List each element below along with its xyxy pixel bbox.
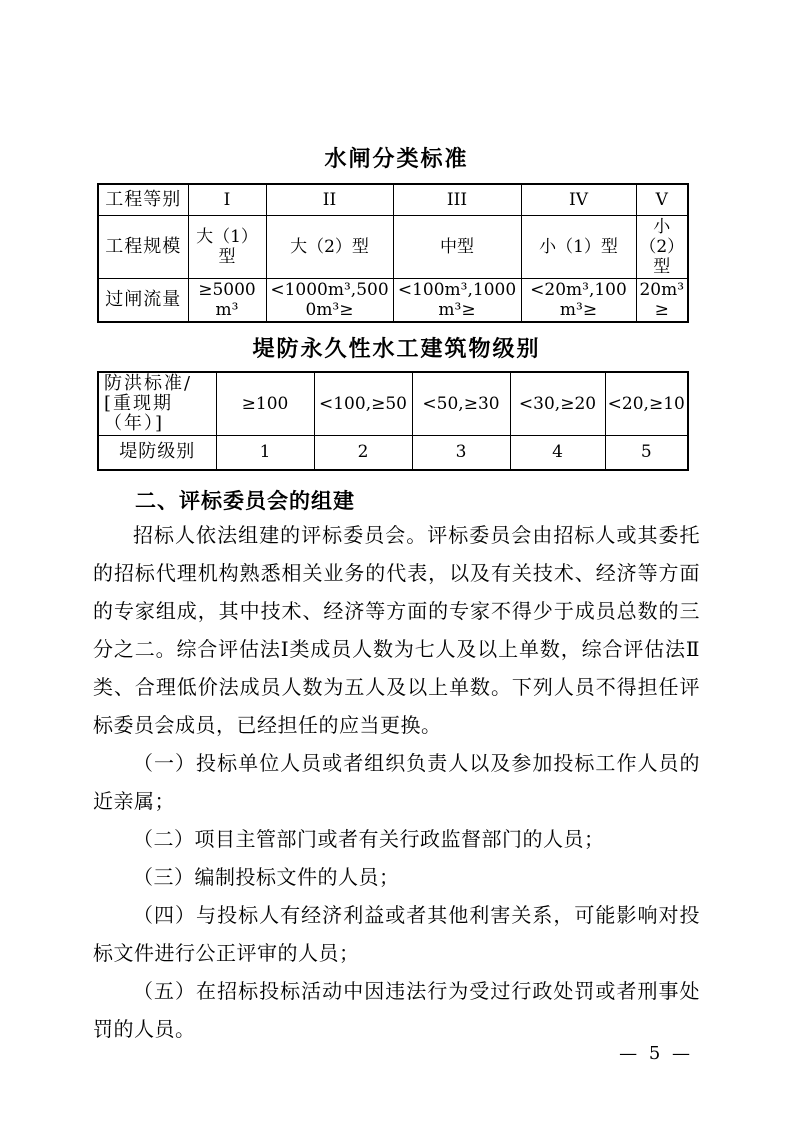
- table-cell: 大（2）型: [266, 215, 393, 278]
- row-label-cell: 工程规模: [98, 215, 188, 278]
- table-row: 工程规模大（1）型大（2）型中型小（1）型小（2）型: [98, 215, 688, 278]
- section-heading: 二、评标委员会的组建: [93, 486, 700, 516]
- table-cell: <100m³,1000m³≥: [393, 278, 521, 322]
- table-cell: ≥5000m³: [188, 278, 266, 322]
- table-cell: III: [393, 184, 521, 215]
- table-cell: <30,≥20: [510, 372, 605, 436]
- document-page: 水闸分类标准 工程等别IIIIIIIVV工程规模大（1）型大（2）型中型小（1）…: [0, 0, 793, 1122]
- table-cell: IV: [521, 184, 636, 215]
- row-label-cell: 工程等别: [98, 184, 188, 215]
- table-cell: 大（1）型: [188, 215, 266, 278]
- table-cell: <1000m³,5000m³≥: [266, 278, 393, 322]
- body-text: 招标人依法组建的评标委员会。评标委员会由招标人或其委托的招标代理机构熟悉相关业务…: [93, 516, 700, 1048]
- table-cell: <20,≥10: [605, 372, 688, 436]
- table-cell: <20m³,100m³≥: [521, 278, 636, 322]
- row-label-cell: 防洪标准/[重现期（年）]: [98, 372, 216, 436]
- list-item-5: （五）在招标投标活动中因违法行为受过行政处罚或者刑事处罚的人员。: [93, 972, 700, 1048]
- table-row: 过闸流量≥5000m³<1000m³,5000m³≥<100m³,1000m³≥…: [98, 278, 688, 322]
- list-item-4: （四）与投标人有经济利益或者其他利害关系，可能影响对投标文件进行公正评审的人员；: [93, 896, 700, 972]
- row-label-cell: 堤防级别: [98, 435, 216, 470]
- table-cell: 5: [605, 435, 688, 470]
- list-item-3: （三）编制投标文件的人员；: [93, 858, 700, 896]
- list-item-1: （一）投标单位人员或者组织负责人以及参加投标工作人员的近亲属；: [93, 744, 700, 820]
- sluice-table-title: 水闸分类标准: [93, 146, 700, 174]
- paragraph-intro: 招标人依法组建的评标委员会。评标委员会由招标人或其委托的招标代理机构熟悉相关业务…: [93, 516, 700, 744]
- table-cell: 中型: [393, 215, 521, 278]
- table-cell: II: [266, 184, 393, 215]
- levee-table-title: 堤防永久性水工建筑物级别: [93, 336, 700, 364]
- table-cell: <50,≥30: [412, 372, 510, 436]
- levee-grade-table: 防洪标准/[重现期（年）]≥100<100,≥50<50,≥30<30,≥20<…: [97, 371, 689, 472]
- list-item-2: （二）项目主管部门或者有关行政监督部门的人员；: [93, 820, 700, 858]
- table-cell: <100,≥50: [314, 372, 412, 436]
- table-row: 工程等别IIIIIIIVV: [98, 184, 688, 215]
- table-cell: 小（1）型: [521, 215, 636, 278]
- row-label-cell: 过闸流量: [98, 278, 188, 322]
- page-content: 水闸分类标准 工程等别IIIIIIIVV工程规模大（1）型大（2）型中型小（1）…: [93, 0, 700, 1048]
- table-cell: V: [636, 184, 688, 215]
- table-cell: 20m³≥: [636, 278, 688, 322]
- table-cell: 3: [412, 435, 510, 470]
- table-cell: 小（2）型: [636, 215, 688, 278]
- table-cell: 4: [510, 435, 605, 470]
- table-cell: ≥100: [216, 372, 314, 436]
- table-cell: 1: [216, 435, 314, 470]
- table-row: 防洪标准/[重现期（年）]≥100<100,≥50<50,≥30<30,≥20<…: [98, 372, 688, 436]
- table-row: 堤防级别12345: [98, 435, 688, 470]
- page-number: — 5 —: [619, 1043, 693, 1064]
- sluice-classification-table: 工程等别IIIIIIIVV工程规模大（1）型大（2）型中型小（1）型小（2）型过…: [97, 183, 689, 323]
- table-cell: 2: [314, 435, 412, 470]
- table-cell: I: [188, 184, 266, 215]
